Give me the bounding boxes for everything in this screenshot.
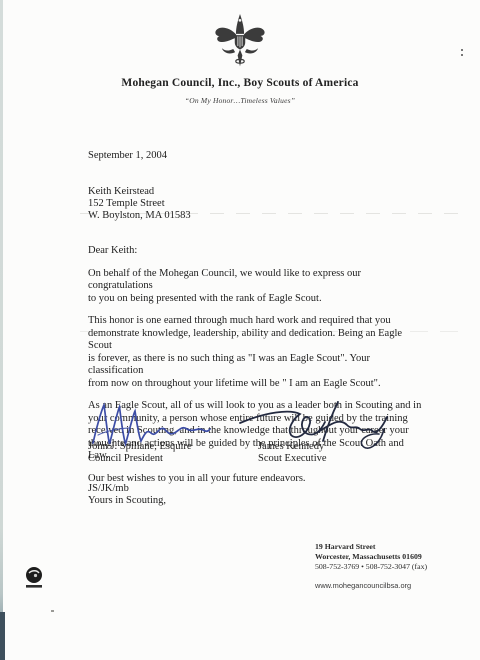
salutation: Dear Keith: [88,245,424,258]
organization-motto: “On My Honor…Timeless Values” [0,96,480,105]
signer-name: James Kennedy [258,441,327,453]
paragraph-1: On behalf of the Mohegan Council, we wou… [88,268,424,306]
star-detail [239,19,242,22]
signature-block-kennedy: James Kennedy Scout Executive [258,441,327,465]
footer-phones: 508-752-3769 • 508-752-3047 (fax) [315,562,475,572]
footer-website: www.mohegancouncilbsa.org [315,581,475,591]
recipient-city: W. Boylston, MA 01583 [88,210,424,222]
scanner-edge-dark-strip [0,612,5,660]
round-emblem-icon [24,566,44,590]
reference-initials: JS/JK/mb [88,483,129,494]
recipient-name: Keith Keirstead [88,186,424,198]
recipient-street: 152 Temple Street [88,198,424,210]
recipient-address: Keith Keirstead 152 Temple Street W. Boy… [88,186,424,223]
organization-name: Mohegan Council, Inc., Boy Scouts of Ame… [0,77,480,89]
bsa-fleur-de-lis-icon [213,12,267,70]
letter-date: September 1, 2004 [88,150,424,163]
footer-street: 19 Harvard Street [315,542,475,552]
signer-title: Scout Executive [258,453,327,465]
signer-name: John J. Spillane, Esquire [88,441,192,453]
scanned-letter-page: Mohegan Council, Inc., Boy Scouts of Ame… [0,0,480,660]
scan-speck [51,610,54,612]
paragraph-4: Our best wishes to you in all your futur… [88,473,424,486]
letterhead: Mohegan Council, Inc., Boy Scouts of Ame… [0,12,480,105]
signer-title: Council President [88,453,192,465]
closing: Yours in Scouting, [88,495,424,508]
signature-block-spillane: John J. Spillane, Esquire Council Presid… [88,441,192,465]
footer-address-block: 19 Harvard Street Worcester, Massachuset… [315,542,475,591]
paragraph-2: This honor is one earned through much ha… [88,315,424,390]
footer-city: Worcester, Massachusetts 01609 [315,552,475,562]
